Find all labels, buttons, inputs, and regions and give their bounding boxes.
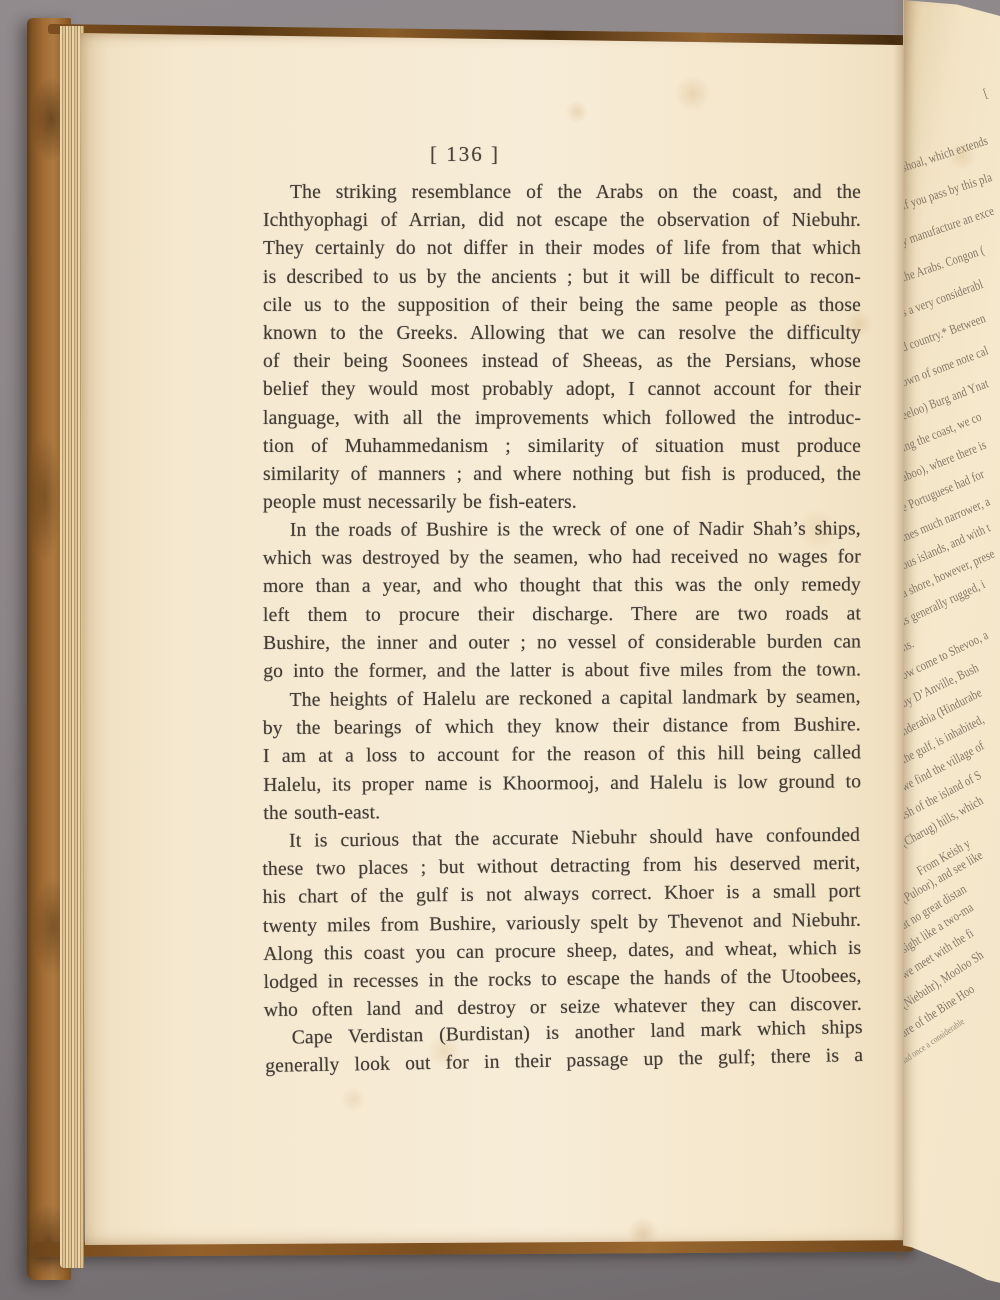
text-line: Halelu, its proper name is Khoormooj, an… [263, 768, 861, 800]
paragraph: It is curious that the accurate Niebuhr … [262, 821, 862, 1025]
text-line: similarity of manners ; and where nothin… [263, 461, 861, 489]
text-line: language, with all the improvements whic… [263, 405, 861, 433]
next-page-text-fragment: shoal, which extends [903, 133, 990, 176]
next-page-text-fragment: y manufacture an exce [903, 203, 996, 250]
text-line: belief they would most probably adopt, I… [263, 376, 861, 404]
text-line: is described to us by the ancients ; but… [263, 264, 861, 292]
paragraph: The heights of Halelu are reckoned a cap… [263, 683, 862, 828]
text-line: of their being Soonees instead of Sheeas… [263, 348, 861, 376]
text-block: The striking resemblance of the Arabs on… [263, 179, 861, 1082]
next-page-text-fragment: [ [981, 85, 990, 101]
next-page-edge: [shoal, which extendsif you pass by this… [903, 0, 1000, 1300]
text-line: The heights of Halelu are reckoned a cap… [263, 683, 861, 715]
text-line: I am at a loss to account for the reason… [263, 739, 861, 771]
text-line: The striking resemblance of the Arabs on… [263, 179, 861, 207]
text-line: Bushire, the inner and outer ; no vessel… [263, 629, 861, 659]
page-edge-stack [60, 26, 84, 1268]
text-line: which was destroyed by the seamen, who h… [263, 544, 861, 574]
text-line: by the bearings of which they know their… [263, 711, 861, 743]
text-line: left them to procure their discharge. Th… [263, 600, 861, 630]
text-line: In the roads of Bushire is the wreck of … [263, 516, 861, 546]
next-page-text-fragment: ns. [903, 636, 916, 656]
text-line: Ichthyophagi of Arrian, did not escape t… [263, 207, 861, 235]
text-line: go into the former, and the latter is ab… [263, 657, 861, 687]
text-line: cile us to the supposition of their bein… [263, 292, 861, 320]
page-number: [ 136 ] [80, 142, 850, 167]
photo-background: { "colors": { "background_gray": "#8b858… [0, 0, 1000, 1300]
paragraph: The striking resemblance of the Arabs on… [263, 179, 861, 517]
paragraph: In the roads of Bushire is the wreck of … [263, 516, 861, 687]
text-line: tion of Muhammedanism ; similarity of si… [263, 433, 861, 461]
text-line: people must necessarily be fish-eaters. [263, 489, 861, 517]
paragraph: Cape Verdistan (Burdistan) is another la… [264, 1014, 863, 1081]
text-line: more than a year, and who thought that t… [263, 572, 861, 602]
text-line: They certainly do not differ in their mo… [263, 235, 861, 263]
text-line: known to the Greeks. Allowing that we ca… [263, 320, 861, 348]
book-page: [ 136 ] The striking resemblance of the … [80, 33, 908, 1245]
